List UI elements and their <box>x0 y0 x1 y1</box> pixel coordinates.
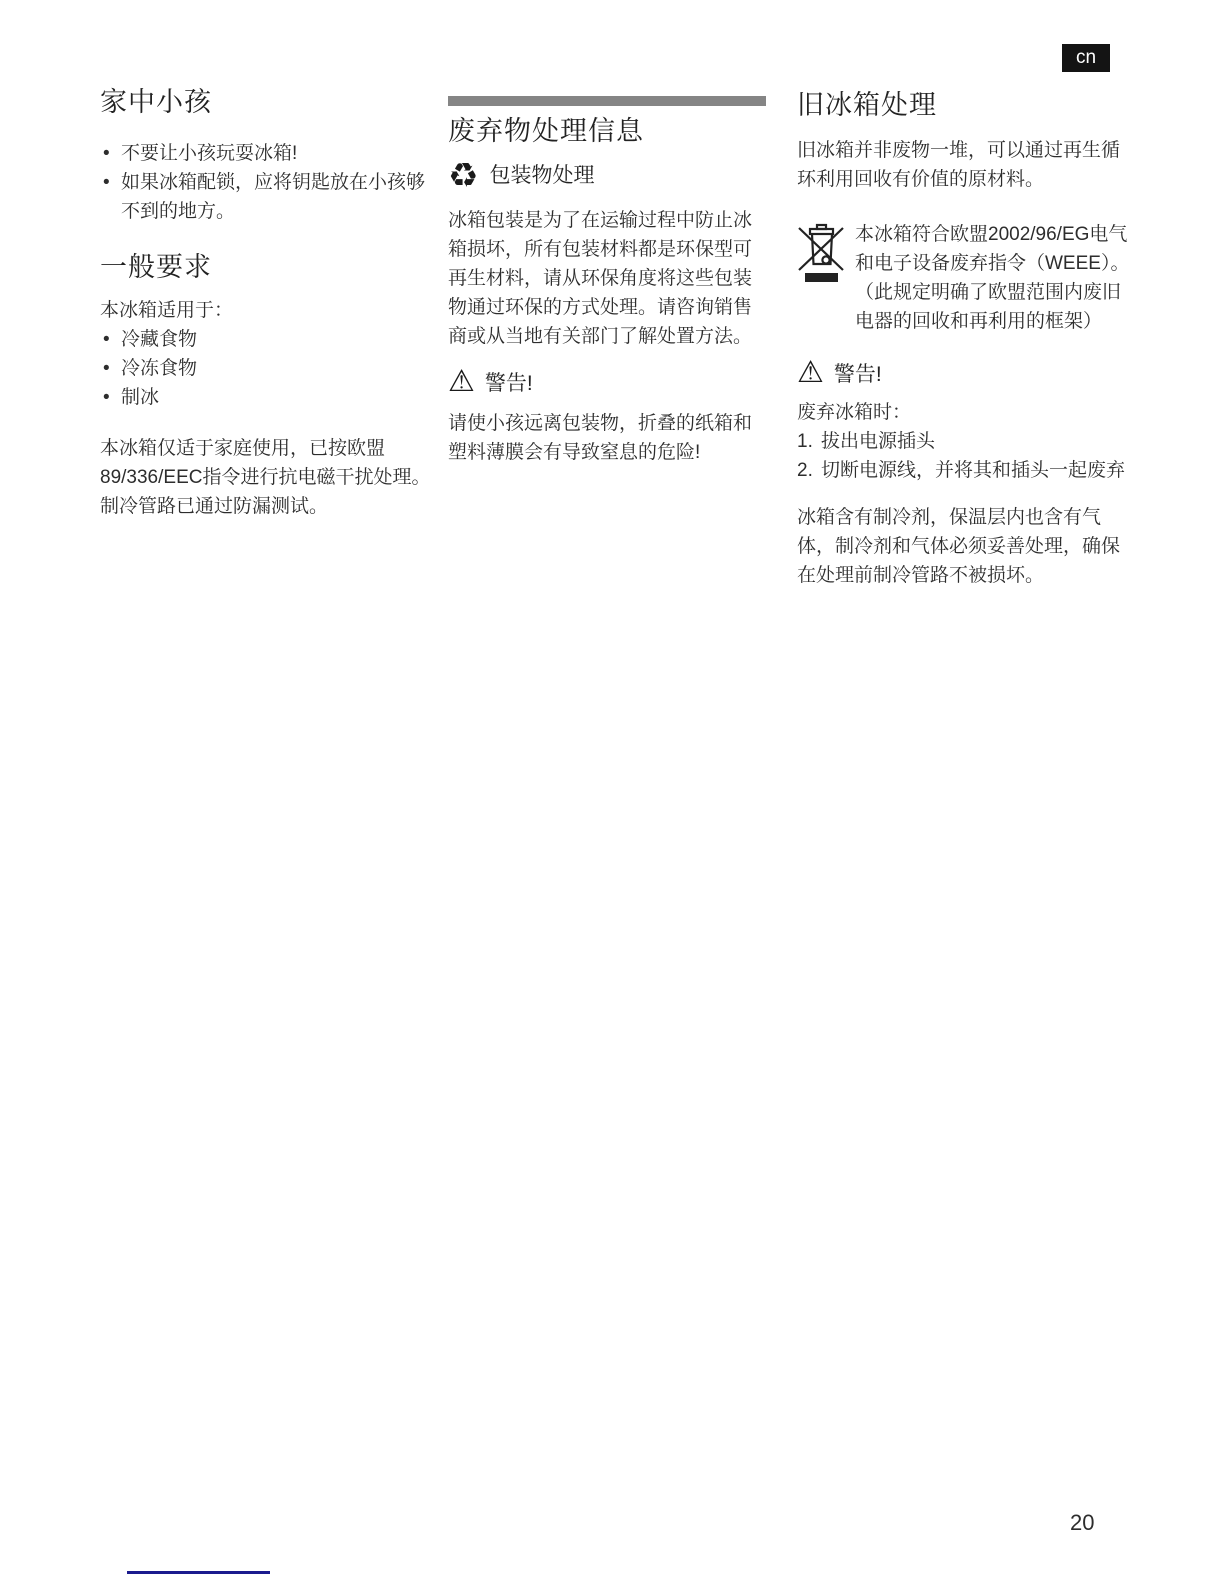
bullet-text: 如果冰箱配锁，应将钥匙放在小孩够不到的地方。 <box>121 172 425 222</box>
warning-header: ⚠ 警告! <box>797 356 1135 390</box>
page-number: 20 <box>1070 1510 1094 1536</box>
section-title-waste-disposal-info: 废弃物处理信息 <box>448 114 766 148</box>
language-badge: cn <box>1062 44 1110 72</box>
bullet-item: 冷藏食物 <box>100 325 432 354</box>
packaging-warning-paragraph: 请使小孩远离包装物，折叠的纸箱和塑料薄膜会有导致窒息的危险! <box>448 409 766 467</box>
section-title-old-fridge-disposal: 旧冰箱处理 <box>797 88 1135 122</box>
warning-title: 警告! <box>485 367 533 397</box>
warning-triangle-icon: ⚠ <box>797 356 824 390</box>
recycle-icon: ♻ <box>448 158 478 194</box>
left-column: 家中小孩 不要让小孩玩耍冰箱! 如果冰箱配锁，应将钥匙放在小孩够不到的地方。 一… <box>100 85 432 521</box>
warning-title: 警告! <box>834 358 882 388</box>
packaging-subsection-header: ♻ 包装物处理 <box>448 158 766 194</box>
section-title-children-at-home: 家中小孩 <box>100 85 432 119</box>
footer-rule-line <box>127 1571 270 1574</box>
bullet-text: 冷藏食物 <box>121 329 197 350</box>
weee-directive-text: 本冰箱符合欧盟2002/96/EG电气和电子设备废弃指令（WEEE）。 （此规定… <box>855 220 1135 336</box>
bullet-item: 不要让小孩玩耍冰箱! <box>100 139 432 168</box>
warning-triangle-icon: ⚠ <box>448 365 475 399</box>
usage-bullet-list: 冷藏食物 冷冻食物 制冰 <box>100 325 432 412</box>
warning-header: ⚠ 警告! <box>448 365 766 399</box>
disposal-steps-list: 1. 拔出电源插头 2. 切断电源线，并将其和插头一起废弃 <box>797 427 1135 485</box>
usage-intro-text: 本冰箱适用于： <box>100 296 432 325</box>
general-requirements-paragraph: 本冰箱仅适于家庭使用，已按欧盟89/336/EEC指令进行抗电磁干扰处理。制冷管… <box>100 434 432 521</box>
manual-page: cn 家中小孩 不要让小孩玩耍冰箱! 如果冰箱配锁，应将钥匙放在小孩够不到的地方… <box>0 0 1224 1584</box>
subsection-title-packaging-disposal: 包装物处理 <box>489 163 594 189</box>
bullet-text: 不要让小孩玩耍冰箱! <box>121 143 297 164</box>
refrigerant-handling-paragraph: 冰箱含有制冷剂，保温层内也含有气体，制冷剂和气体必须妥善处理，确保在处理前制冷管… <box>797 503 1135 590</box>
step-number: 1. <box>797 427 821 456</box>
weee-main-text: 本冰箱符合欧盟2002/96/EG电气和电子设备废弃指令（WEEE）。 <box>855 220 1135 278</box>
disposal-steps-intro: 废弃冰箱时： <box>797 398 1135 427</box>
disposal-step: 1. 拔出电源插头 <box>797 427 1135 456</box>
packaging-disposal-paragraph: 冰箱包装是为了在运输过程中防止冰箱损坏，所有包装材料都是环保型可再生材料，请从环… <box>448 206 766 351</box>
step-number: 2. <box>797 456 821 485</box>
weee-directive-note: 本冰箱符合欧盟2002/96/EG电气和电子设备废弃指令（WEEE）。 （此规定… <box>797 220 1135 336</box>
step-text: 拔出电源插头 <box>821 427 1135 456</box>
bullet-item: 如果冰箱配锁，应将钥匙放在小孩够不到的地方。 <box>100 168 432 226</box>
children-bullet-list: 不要让小孩玩耍冰箱! 如果冰箱配锁，应将钥匙放在小孩够不到的地方。 <box>100 139 432 226</box>
section-title-general-requirements: 一般要求 <box>100 250 432 284</box>
weee-crossed-out-bin-icon <box>797 222 845 336</box>
step-text: 切断电源线，并将其和插头一起废弃 <box>821 456 1135 485</box>
bullet-item: 冷冻食物 <box>100 354 432 383</box>
middle-column: 废弃物处理信息 ♻ 包装物处理 冰箱包装是为了在运输过程中防止冰箱损坏，所有包装… <box>448 96 766 467</box>
bullet-item: 制冰 <box>100 383 432 412</box>
section-divider-bar <box>448 96 766 106</box>
bullet-text: 制冰 <box>121 387 159 408</box>
right-column: 旧冰箱处理 旧冰箱并非废物一堆，可以通过再生循环利用回收有价值的原材料。 <box>797 88 1135 590</box>
weee-parenthetical-text: （此规定明确了欧盟范围内废旧电器的回收和再利用的框架） <box>855 278 1135 336</box>
old-fridge-intro-paragraph: 旧冰箱并非废物一堆，可以通过再生循环利用回收有价值的原材料。 <box>797 136 1135 194</box>
disposal-step: 2. 切断电源线，并将其和插头一起废弃 <box>797 456 1135 485</box>
bullet-text: 冷冻食物 <box>121 358 197 379</box>
